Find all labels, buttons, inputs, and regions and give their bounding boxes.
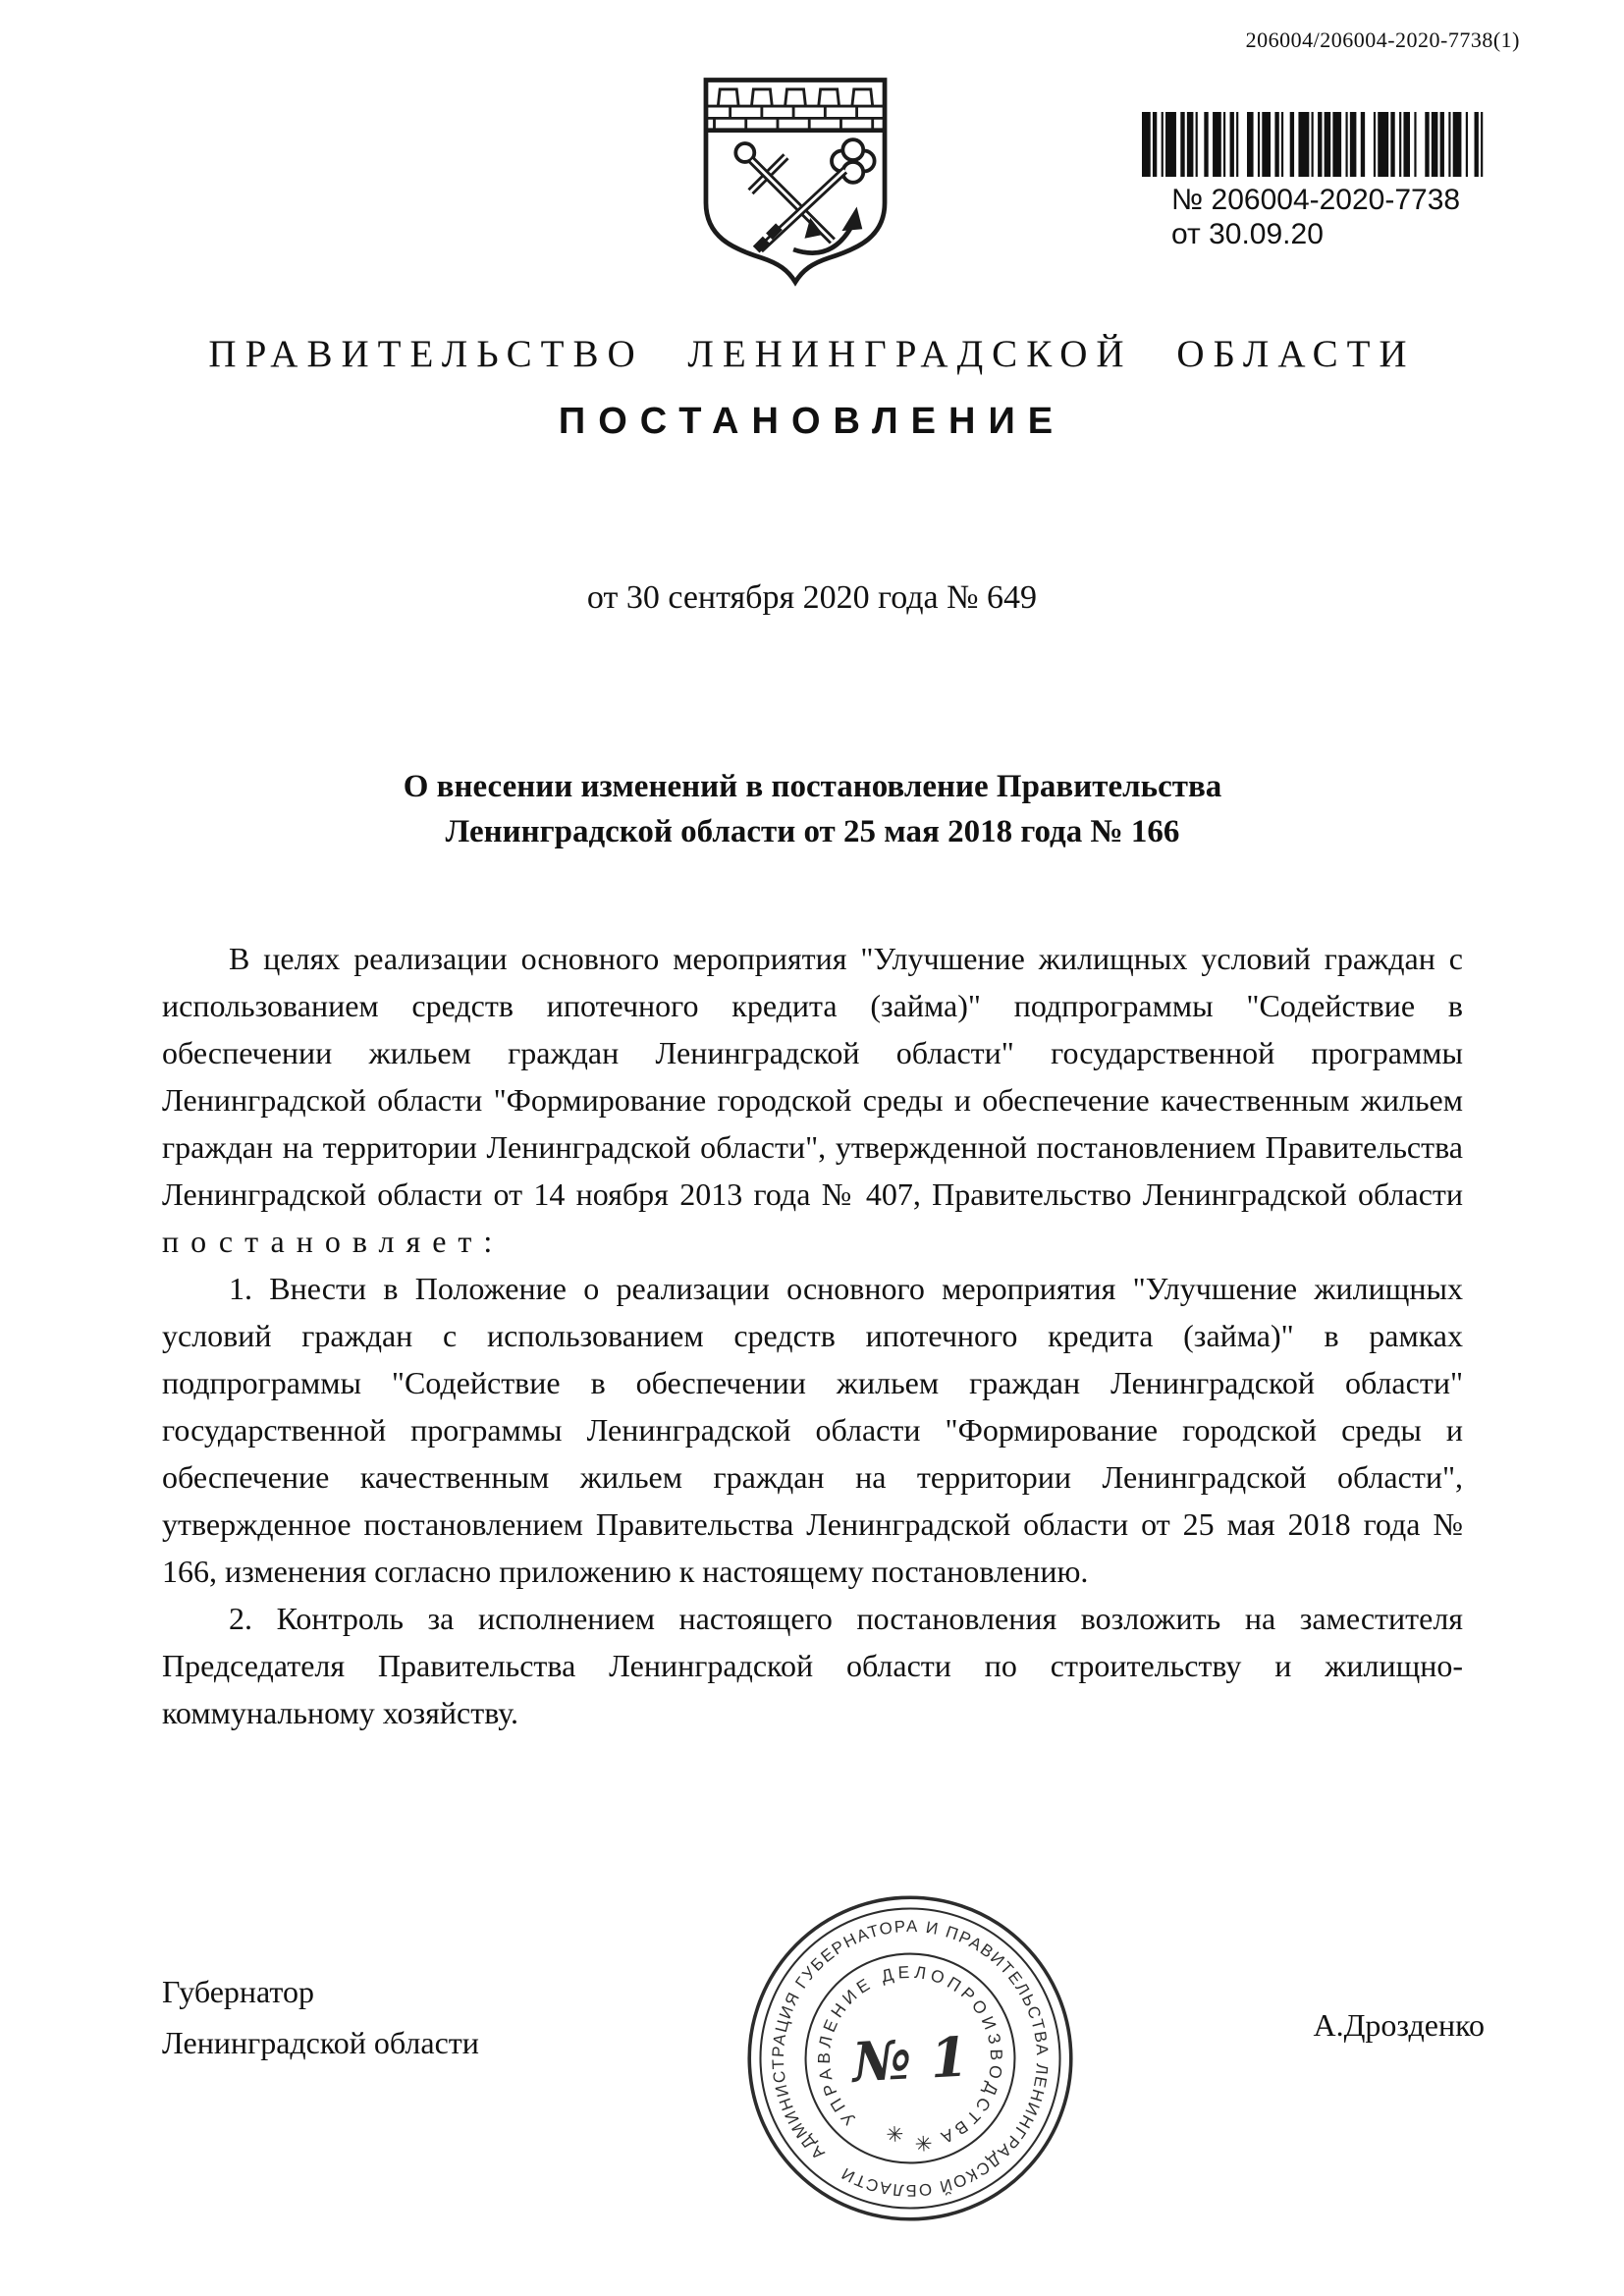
official-stamp: АДМИНИСТРАЦИЯ ГУБЕРНАТОРА И ПРАВИТЕЛЬСТВ… (731, 1879, 1090, 2238)
stamp-number: № 1 (849, 2025, 970, 2095)
signature-name: А.Дрозденко (1313, 2007, 1485, 2044)
barcode-block: № 206004-2020-7738 от 30.09.20 (1142, 112, 1515, 251)
signature-position-line-2: Ленинградской области (162, 2017, 479, 2068)
body-paragraph-2: 1. Внести в Положение о реализации основ… (162, 1265, 1463, 1595)
barcode-icon (1142, 112, 1491, 177)
subject-heading: О внесении изменений в постановление Пра… (162, 764, 1463, 854)
barcode-number: № 206004-2020-7738 (1171, 183, 1515, 217)
subject-line-2: Ленинградской области от 25 мая 2018 год… (162, 809, 1463, 854)
body-paragraph-3: 2. Контроль за исполнением настоящего по… (162, 1595, 1463, 1736)
body-paragraph-1: В целях реализации основного мероприятия… (162, 935, 1463, 1218)
document-body: В целях реализации основного мероприятия… (162, 935, 1463, 1736)
resolution-word: постановляет: (162, 1218, 1463, 1265)
organization-title: ПРАВИТЕЛЬСТВО ЛЕНИНГРАДСКОЙ ОБЛАСТИ (0, 332, 1624, 376)
signature-position: Губернатор Ленинградской области (162, 1966, 479, 2068)
document-date-line: от 30 сентября 2020 года № 649 (0, 579, 1624, 617)
star-icon: ✳ (886, 2122, 904, 2147)
subject-line-1: О внесении изменений в постановление Пра… (162, 764, 1463, 809)
document-page: 206004/206004-2020-7738(1) № 206004-2020… (0, 0, 1624, 2296)
barcode-date: от 30.09.20 (1171, 217, 1515, 251)
document-type-title: ПОСТАНОВЛЕНИЕ (0, 401, 1624, 443)
coat-of-arms-icon (687, 71, 903, 287)
star-icon: ✳ (914, 2132, 933, 2157)
reference-number: 206004/206004-2020-7738(1) (1246, 27, 1520, 53)
signature-position-line-1: Губернатор (162, 1966, 479, 2017)
